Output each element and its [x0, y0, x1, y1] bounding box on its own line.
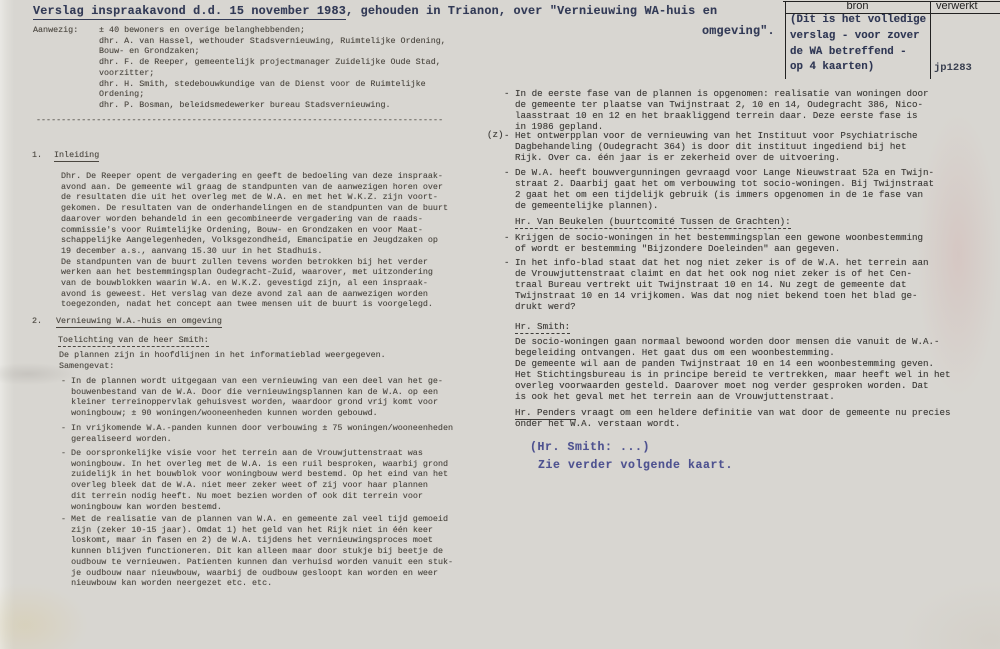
page-title: Verslag inspraakavond d.d. 15 november 1…: [33, 4, 753, 18]
page-title-underlined: Verslag inspraakavond d.d. 15 november 1…: [33, 4, 346, 20]
section1-body: Dhr. De Reeper opent de vergadering en g…: [61, 171, 481, 310]
section2-intro: De plannen zijn in hoofdlijnen in het in…: [59, 350, 479, 371]
penders-text: vraagt om een heldere definitie van wat …: [515, 407, 951, 429]
page-title-rest: , gehouden in Trianon, over "Vernieuwing…: [346, 4, 717, 18]
divider-dashes: ----------------------------------------…: [36, 115, 466, 126]
right-bullet-2: - Het ontwerpplan voor de vernieuwing va…: [504, 130, 955, 163]
section2-bullet-1: - In de plannen wordt uitgegaan van een …: [61, 376, 491, 419]
stamp-header-bron: bron: [785, 0, 930, 12]
section2-bullet-2: - In vrijkomende W.A.-panden kunnen door…: [61, 423, 491, 444]
penders-paragraph: Hr. Penders vraagt om een heldere defini…: [515, 407, 955, 429]
section2-bullet-4: - Met de realisatie van de plannen van W…: [61, 514, 491, 589]
closing-note-line2: Zie verder volgende kaart.: [538, 459, 838, 473]
closing-note-line1: (Hr. Smith: ...): [530, 441, 830, 455]
right-bullet-1: - In de eerste fase van de plannen is op…: [504, 88, 955, 132]
stamp-box-header-underline-verwerkt: [930, 13, 1000, 14]
section2-heading: Vernieuwing W.A.-huis en omgeving: [56, 316, 476, 327]
speaker1-bullet-1: - Krijgen de socio-woningen in het beste…: [504, 232, 955, 254]
section2-bullet-3: - De oorspronkelijke visie voor het terr…: [61, 448, 491, 512]
attendees-list: ± 40 bewoners en overige belanghebbenden…: [99, 25, 519, 111]
speaker1-heading: Hr. Van Beukelen (buurtcomité Tussen de …: [515, 216, 955, 227]
speaker2-heading: Hr. Smith:: [515, 321, 955, 332]
section1-number: 1.: [32, 150, 52, 161]
section1-heading: Inleiding: [54, 150, 474, 161]
stamp-header-verwerkt: verwerkt: [936, 0, 978, 12]
attendees-label: Aanwezig:: [33, 25, 93, 36]
speaker1-bullet-2: - In het info-blad staat dat het nog nie…: [504, 257, 955, 312]
stamp-code: jp1283: [934, 62, 972, 74]
speaker2-body: De socio-woningen gaan normaal bewoond w…: [515, 336, 955, 402]
stamp-note: (Dit is het volledige verslag - voor zov…: [790, 13, 932, 76]
section2-subheading: Toelichting van de heer Smith:: [58, 335, 478, 346]
stamp-box-left-border: [785, 1, 786, 79]
right-bullet-3: - De W.A. heeft bouwvergunningen gevraag…: [504, 167, 955, 211]
scanned-document-page: Verslag inspraakavond d.d. 15 november 1…: [0, 0, 1000, 649]
section2-number: 2.: [32, 316, 52, 327]
